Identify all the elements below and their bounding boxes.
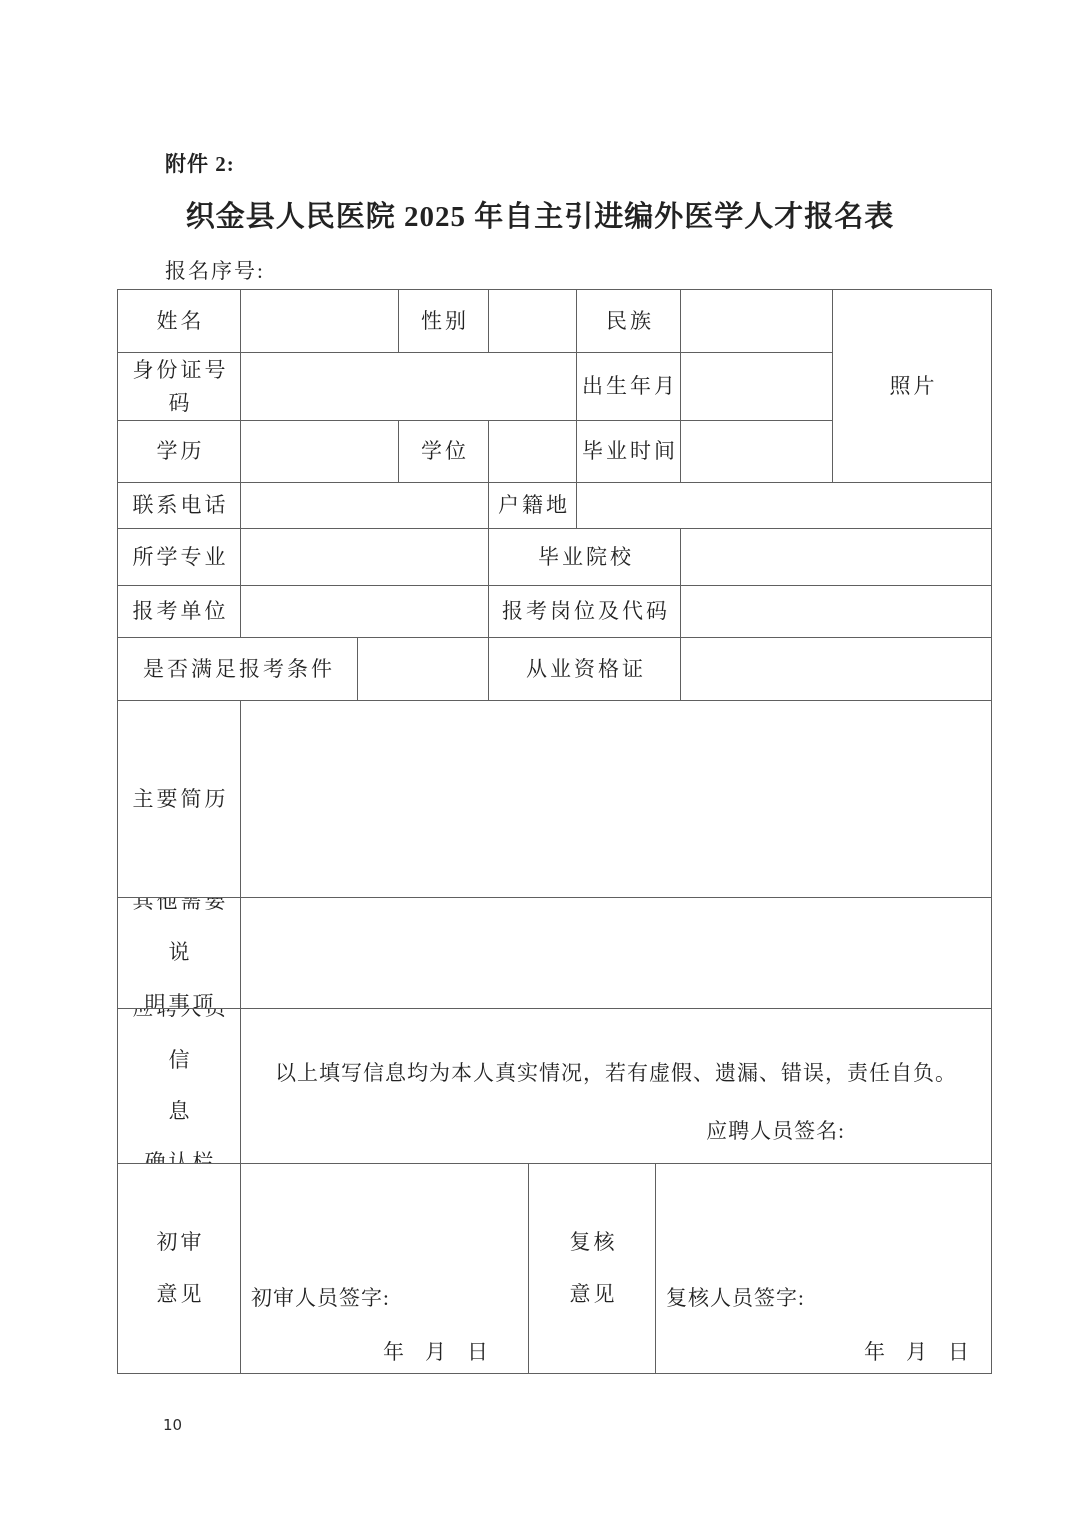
- row-review-opinions: 初审 意见 初审人员签字: 年 月 日 复核 意见 复核人员签字: 年 月 日: [118, 1164, 991, 1373]
- major-value-cell: [241, 529, 489, 586]
- row-id-birth: 身份证号码 出生年月: [118, 353, 833, 421]
- school-label: 毕业院校: [489, 529, 681, 586]
- page-number: 10: [163, 1416, 182, 1434]
- recheck-review-sign-cell: 复核人员签字: 年 月 日: [656, 1164, 991, 1373]
- confirmation-label: 应聘人员信 息 确认栏: [118, 1009, 241, 1164]
- row-name-gender-ethnicity: 姓名 性别 民族: [118, 290, 833, 353]
- phone-value-cell: [241, 483, 489, 529]
- row-education-degree-graduation: 学历 学位 毕业时间: [118, 421, 833, 483]
- degree-value-cell: [489, 421, 577, 483]
- birth-date-value-cell: [681, 353, 833, 421]
- school-value-cell: [681, 529, 991, 586]
- initial-review-label: 初审 意见: [118, 1164, 241, 1373]
- resume-label: 主要简历: [118, 701, 241, 898]
- initial-review-date-label: 年 月 日: [383, 1336, 488, 1366]
- major-label: 所学专业: [118, 529, 241, 586]
- document-page: 附件 2: 织金县人民医院 2025 年自主引进编外医学人才报名表 报名序号: …: [0, 0, 1080, 1527]
- education-label: 学历: [118, 421, 241, 483]
- row-major-school: 所学专业 毕业院校: [118, 529, 991, 586]
- qualification-label: 从业资格证: [489, 638, 681, 701]
- row-confirmation: 应聘人员信 息 确认栏 以上填写信息均为本人真实情况，若有虚假、遗漏、错误，责任…: [118, 1009, 991, 1164]
- application-form-table: 姓名 性别 民族 身份证号码 出生年月 学历 学位: [117, 289, 992, 1374]
- unit-value-cell: [241, 586, 489, 638]
- attachment-label: 附件 2:: [165, 148, 235, 178]
- degree-label: 学位: [399, 421, 489, 483]
- top-rows-left: 姓名 性别 民族 身份证号码 出生年月 学历 学位: [118, 290, 833, 483]
- applicant-signature-label: 应聘人员签名:: [706, 1115, 845, 1145]
- unit-label: 报考单位: [118, 586, 241, 638]
- conditions-value-cell: [358, 638, 489, 701]
- id-number-label: 身份证号码: [118, 353, 241, 421]
- phone-label: 联系电话: [118, 483, 241, 529]
- graduation-time-value-cell: [681, 421, 833, 483]
- confirmation-statement: 以上填写信息均为本人真实情况，若有虚假、遗漏、错误，责任自负。: [241, 1057, 991, 1087]
- row-other-notes: 其他需要说 明事项: [118, 898, 991, 1009]
- resume-value-cell: [241, 701, 991, 898]
- photo-cell: 照片: [833, 290, 991, 483]
- serial-number-label: 报名序号:: [165, 255, 265, 285]
- ethnicity-value-cell: [681, 290, 833, 353]
- page-title: 织金县人民医院 2025 年自主引进编外医学人才报名表: [0, 194, 1080, 235]
- residence-label: 户籍地: [489, 483, 577, 529]
- qualification-value-cell: [681, 638, 991, 701]
- gender-label: 性别: [399, 290, 489, 353]
- row-unit-position: 报考单位 报考岗位及代码: [118, 586, 991, 638]
- confirmation-content-cell: 以上填写信息均为本人真实情况，若有虚假、遗漏、错误，责任自负。 应聘人员签名:: [241, 1009, 991, 1164]
- initial-reviewer-signature-label: 初审人员签字:: [251, 1282, 390, 1312]
- ethnicity-label: 民族: [577, 290, 681, 353]
- position-code-label: 报考岗位及代码: [489, 586, 681, 638]
- row-phone-residence: 联系电话 户籍地: [118, 483, 991, 529]
- recheck-review-label: 复核 意见: [529, 1164, 656, 1373]
- education-value-cell: [241, 421, 399, 483]
- position-code-value-cell: [681, 586, 991, 638]
- birth-date-label: 出生年月: [577, 353, 681, 421]
- row-resume: 主要简历: [118, 701, 991, 898]
- top-rows-group: 姓名 性别 民族 身份证号码 出生年月 学历 学位: [118, 290, 991, 483]
- row-conditions-qualification: 是否满足报考条件 从业资格证: [118, 638, 991, 701]
- residence-value-cell: [577, 483, 991, 529]
- recheck-reviewer-signature-label: 复核人员签字:: [666, 1282, 805, 1312]
- other-notes-label: 其他需要说 明事项: [118, 898, 241, 1009]
- conditions-label: 是否满足报考条件: [118, 638, 358, 701]
- graduation-time-label: 毕业时间: [577, 421, 681, 483]
- other-notes-value-cell: [241, 898, 991, 1009]
- id-number-value-cell: [241, 353, 577, 421]
- name-label: 姓名: [118, 290, 241, 353]
- name-value-cell: [241, 290, 399, 353]
- gender-value-cell: [489, 290, 577, 353]
- recheck-review-date-label: 年 月 日: [864, 1336, 969, 1366]
- initial-review-sign-cell: 初审人员签字: 年 月 日: [241, 1164, 529, 1373]
